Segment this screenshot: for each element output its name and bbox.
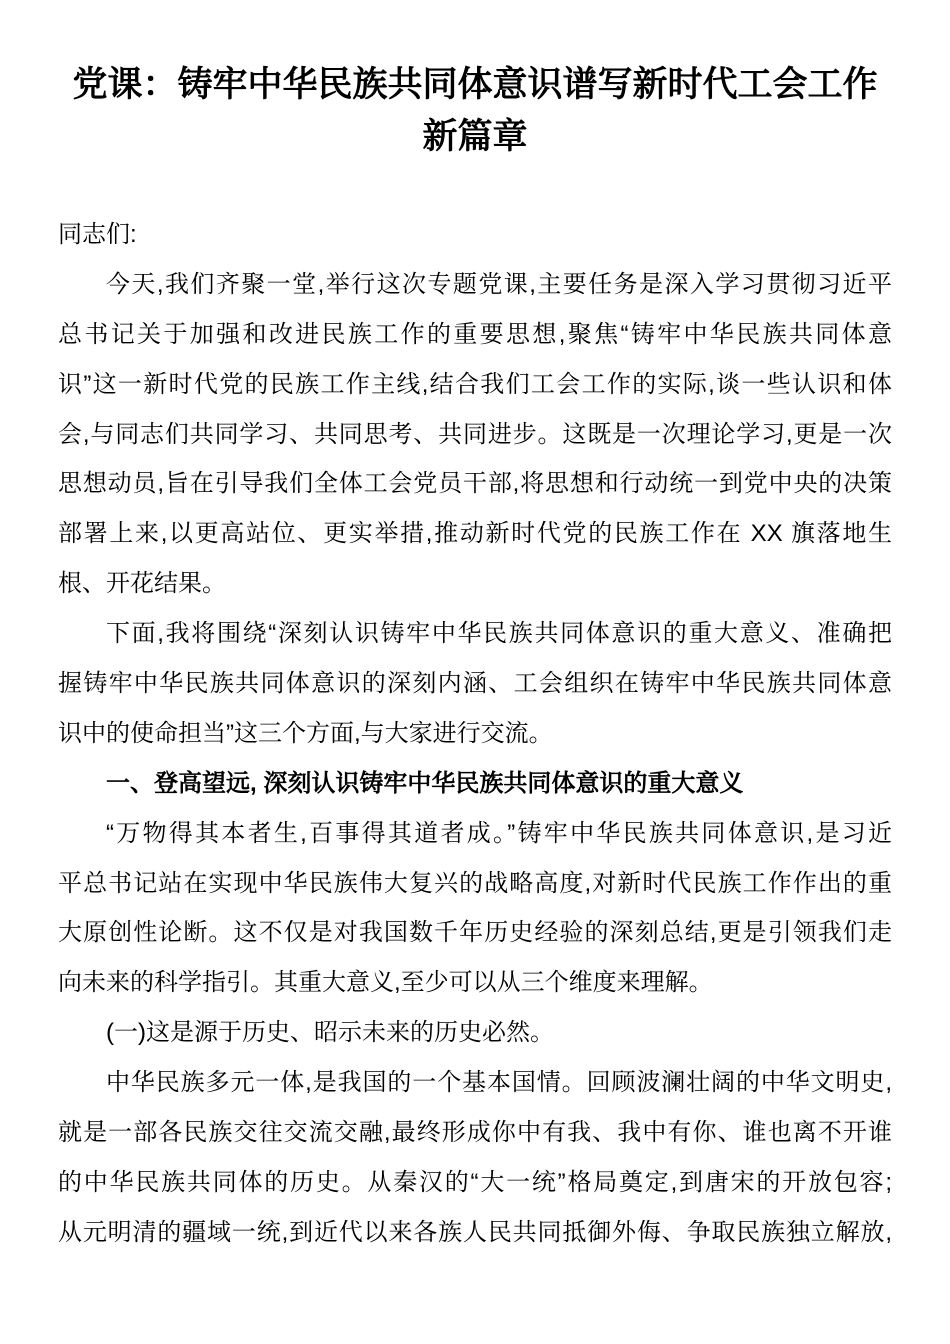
paragraph-line: 握铸牢中华民族共同体意识的深刻内涵、工会组织在铸牢中华民族共同体意 — [58, 659, 892, 709]
paragraph-line: 识”这一新时代党的民族工作主线,结合我们工会工作的实际,谈一些认识和体 — [58, 360, 892, 410]
section-heading: 一、登高望远, 深刻认识铸牢中华民族共同体意识的重大意义 — [58, 759, 892, 809]
paragraph-line: 向未来的科学指引。其重大意义,至少可以从三个维度来理解。 — [58, 958, 892, 1008]
paragraph-line: 就是一部各民族交往交流交融,最终形成你中有我、我中有你、谁也离不开谁 — [58, 1108, 892, 1158]
paragraph-line: 思想动员,旨在引导我们全体工会党员干部,将思想和行动统一到党中央的决策 — [58, 459, 892, 509]
document-title: 党课：铸牢中华民族共同体意识谱写新时代工会工作 新篇章 — [58, 59, 892, 163]
paragraph-line: 总书记关于加强和改进民族工作的重要思想,聚焦“铸牢中华民族共同体意 — [58, 310, 892, 360]
paragraph-line: 今天,我们齐聚一堂,举行这次专题党课,主要任务是深入学习贯彻习近平 — [58, 260, 892, 310]
document-page: 党课：铸牢中华民族共同体意识谱写新时代工会工作 新篇章 同志们: 今天,我们齐聚… — [0, 0, 950, 1344]
paragraph-line: 部署上来,以更高站位、更实举措,推动新时代党的民族工作在 XX 旗落地生 — [58, 509, 892, 559]
document-content: 党课：铸牢中华民族共同体意识谱写新时代工会工作 新篇章 同志们: 今天,我们齐聚… — [58, 59, 892, 1258]
paragraph-line: 会,与同志们共同学习、共同思考、共同进步。这既是一次理论学习,更是一次 — [58, 410, 892, 460]
title-line-2: 新篇章 — [58, 111, 892, 163]
document-body: 同志们: 今天,我们齐聚一堂,举行这次专题党课,主要任务是深入学习贯彻习近平 总… — [58, 210, 892, 1258]
paragraph-line: 下面,我将围绕“深刻认识铸牢中华民族共同体意识的重大意义、准确把 — [58, 609, 892, 659]
paragraph-line: 的中华民族共同体的历史。从秦汉的“大一统”格局奠定,到唐宋的开放包容; — [58, 1158, 892, 1208]
paragraph-line: 根、开花结果。 — [58, 559, 892, 609]
paragraph-line: 中华民族多元一体,是我国的一个基本国情。回顾波澜壮阔的中华文明史, — [58, 1058, 892, 1108]
paragraph-line: 大原创性论断。这不仅是对我国数千年历史经验的深刻总结,更是引领我们走 — [58, 908, 892, 958]
paragraph-line: “万物得其本者生,百事得其道者成。”铸牢中华民族共同体意识,是习近 — [58, 809, 892, 859]
paragraph-line: 识中的使命担当”这三个方面,与大家进行交流。 — [58, 709, 892, 759]
paragraph-line: 平总书记站在实现中华民族伟大复兴的战略高度,对新时代民族工作作出的重 — [58, 859, 892, 909]
paragraph-line: 从元明清的疆域一统,到近代以来各族人民共同抵御外侮、争取民族独立解放, — [58, 1208, 892, 1258]
subsection-heading: (一)这是源于历史、昭示未来的历史必然。 — [58, 1008, 892, 1058]
title-line-1: 党课：铸牢中华民族共同体意识谱写新时代工会工作 — [58, 59, 892, 111]
salutation-line: 同志们: — [58, 210, 892, 260]
